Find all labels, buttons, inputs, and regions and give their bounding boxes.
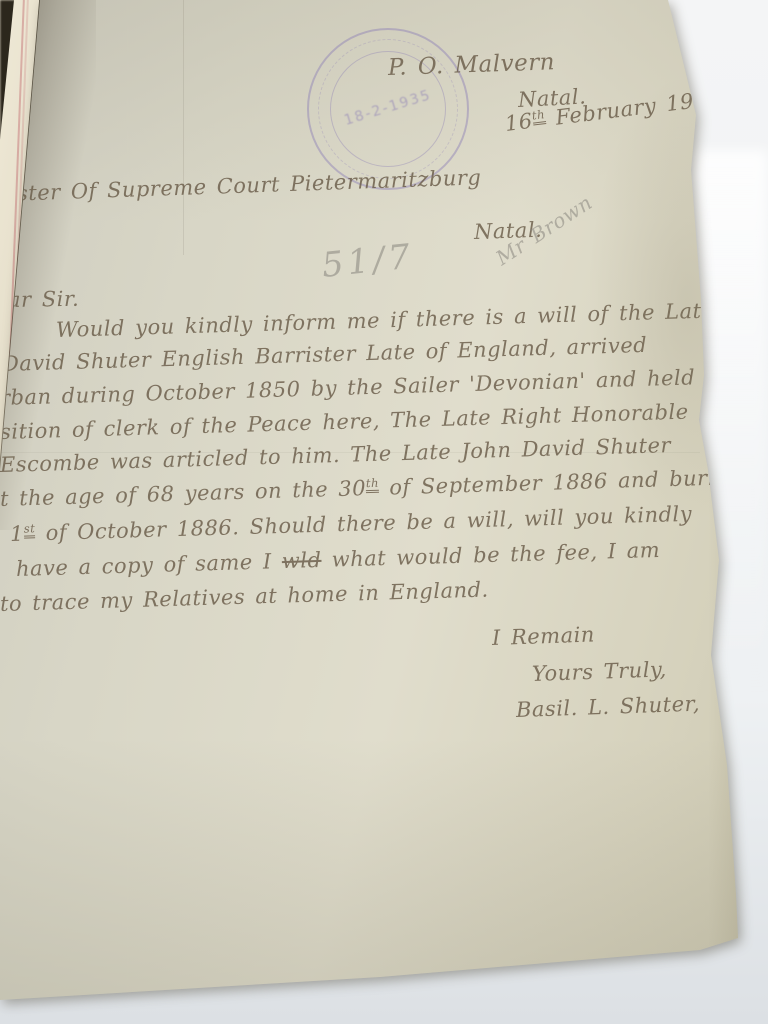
body-line-8: have a copy of same I wld what would be … xyxy=(16,538,661,581)
date-day: 16 xyxy=(504,109,534,136)
body-line-7: 1st of October 1886. Should there be a w… xyxy=(10,502,693,546)
letter-sheet: 18-2-1935 P. O. Malvern Natal. 16th Febr… xyxy=(0,0,768,1024)
stamp-inner-ring xyxy=(330,51,446,167)
body-line-5: Escombe was articled to him. The Late Jo… xyxy=(0,433,671,477)
signature: Basil. L. Shuter, xyxy=(516,692,701,722)
addressee-region: Natal. xyxy=(474,218,543,244)
photograph-of-letter: 18-2-1935 P. O. Malvern Natal. 16th Febr… xyxy=(0,0,768,1024)
body-line-8a: have a copy of same I xyxy=(16,549,283,581)
stamp-middle-ring xyxy=(318,39,458,179)
date-rest: February 1935. xyxy=(544,85,730,131)
addressee-line: aster Of Supreme Court Pietermaritzburg xyxy=(4,165,482,206)
pencil-annotation: Mr Brown xyxy=(491,190,596,270)
body-line-6-ordinal: th xyxy=(366,476,380,493)
body-line-2: David Shuter English Barrister Late of E… xyxy=(2,333,648,376)
sender-region: Natal. xyxy=(517,84,586,112)
stamp-outer-ring xyxy=(307,28,469,190)
greeting: ar Sir. xyxy=(8,287,80,312)
receiving-stamp: 18-2-1935 xyxy=(307,28,469,190)
body-line-7a: 1 xyxy=(10,522,25,546)
paper-crease-vertical xyxy=(183,0,184,255)
letter-date: 16th February 1935. xyxy=(504,85,730,136)
body-line-6: t the age of 68 years on the 30th of Sep… xyxy=(0,465,742,511)
stamp-date: 18-2-1935 xyxy=(322,81,455,135)
closing-valediction: Yours Truly, xyxy=(532,657,667,686)
reference-number: 51/7 xyxy=(320,236,416,285)
body-line-6a: t the age of 68 years on the 30 xyxy=(0,476,366,511)
letter-sheet-wrapper: 18-2-1935 P. O. Malvern Natal. 16th Febr… xyxy=(0,0,768,1024)
body-line-7-ordinal: st xyxy=(24,521,36,538)
body-line-4: sition of clerk of the Peace here, The L… xyxy=(0,400,689,444)
closing-remain: I Remain xyxy=(492,622,596,650)
body-line-9: to trace my Relatives at home in England… xyxy=(0,578,489,616)
sender-place: P. O. Malvern xyxy=(388,49,556,81)
date-ordinal: th xyxy=(531,107,546,125)
body-line-8b: what would be the fee, I am xyxy=(321,538,660,572)
body-line-6b: of September 1886 and buried xyxy=(379,465,742,500)
body-line-8-struck-word: wld xyxy=(281,548,321,573)
paper-crease-horizontal xyxy=(0,452,700,453)
body-line-7b: of October 1886. Should there be a will,… xyxy=(35,502,692,545)
body-line-1: Would you kindly inform me if there is a… xyxy=(56,298,715,342)
body-line-3: rban during October 1850 by the Sailer '… xyxy=(0,365,695,410)
